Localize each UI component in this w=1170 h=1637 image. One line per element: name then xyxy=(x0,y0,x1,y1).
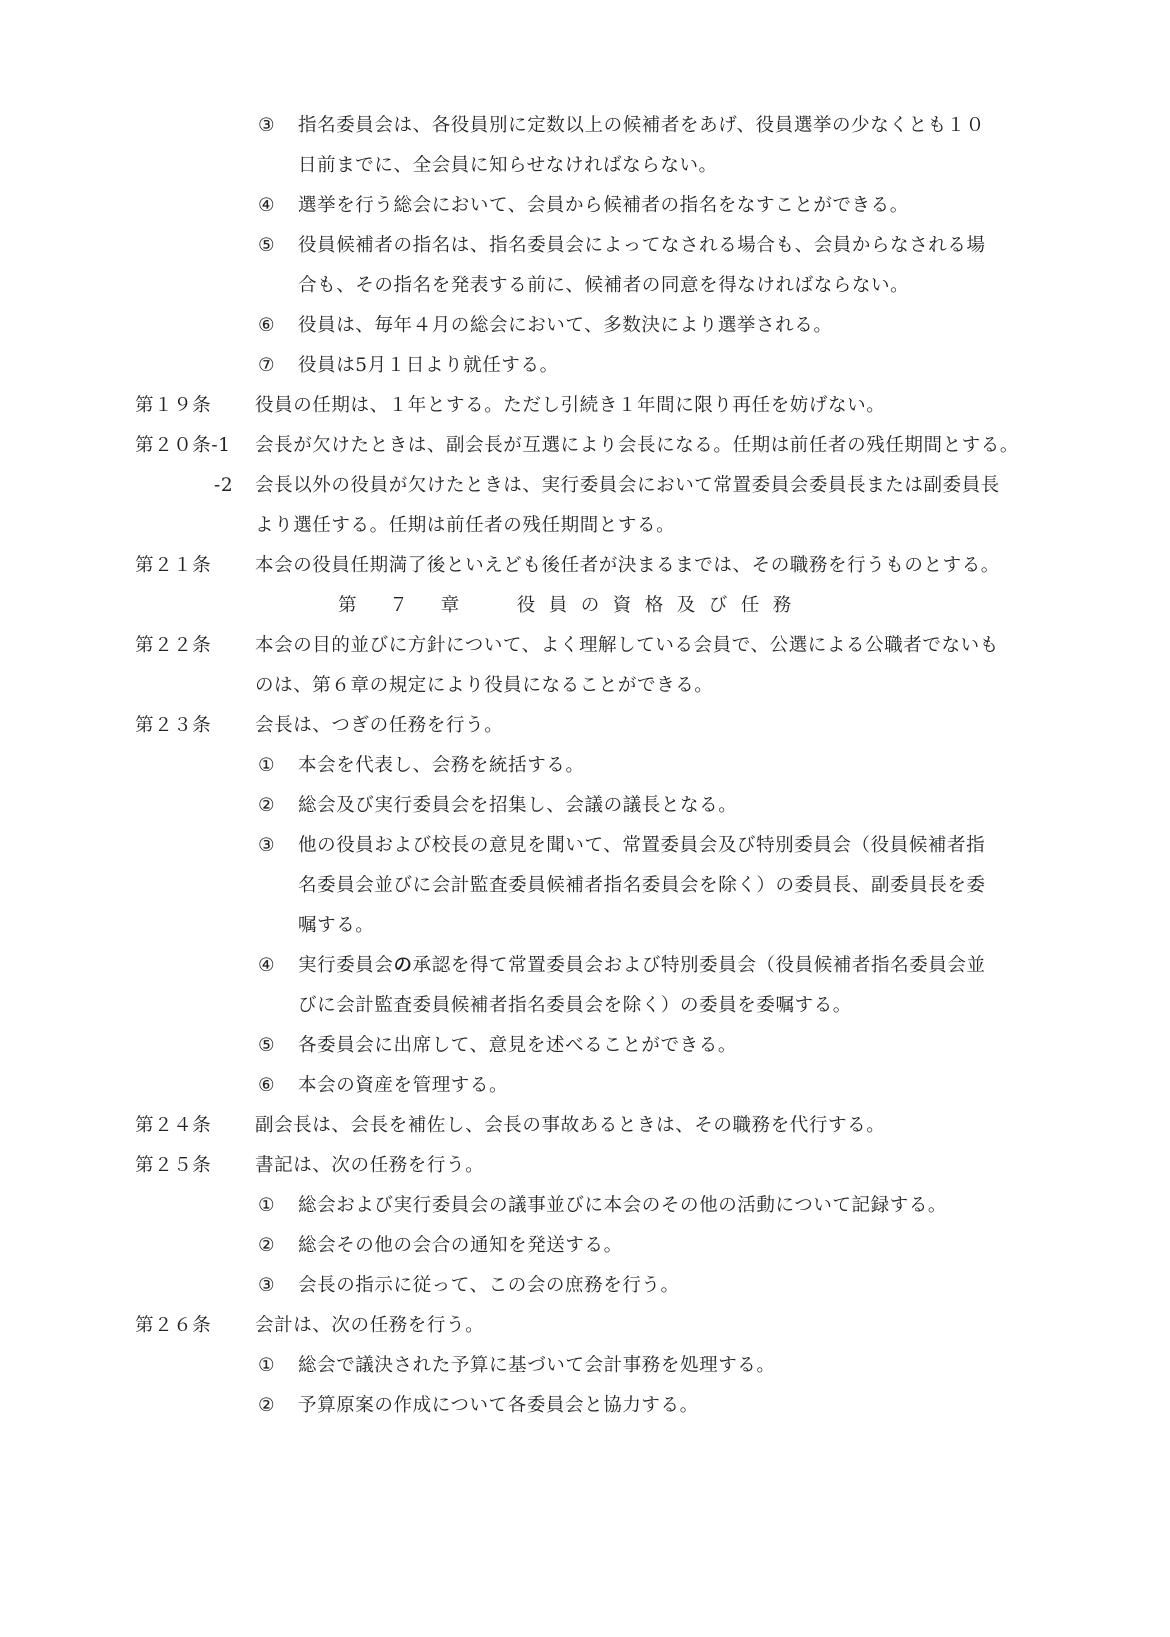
item-number: ③ xyxy=(258,106,275,146)
item-text: 本会の資産を管理する。 xyxy=(298,1066,508,1106)
item-text: 選挙を行う総会において、会員から候補者の指名をなすことができる。 xyxy=(298,186,909,226)
item-number: ⑥ xyxy=(258,306,275,346)
chapter-name: 役員の資格及び任務 xyxy=(517,595,805,616)
item-text: 役員は5月１日より就任する。 xyxy=(298,346,559,386)
item-text: 名委員会並びに会計監査委員候補者指名委員会を除く）の委員長、副委員長を委 xyxy=(298,866,986,906)
item-number: ⑦ xyxy=(258,346,275,386)
article-text: 会計は、次の任務を行う。 xyxy=(255,1306,484,1346)
item-number: ④ xyxy=(258,946,275,986)
article-label: 第１９条 xyxy=(135,386,211,426)
article-text: 本会の目的並びに方針について、よく理解している会員で、公選による公職者でないも xyxy=(255,626,999,666)
item-number: ② xyxy=(258,1386,275,1426)
item-text: びに会計監査委員候補者指名委員会を除く）の委員を委嘱する。 xyxy=(298,986,852,1026)
item-text-part: 承認を得て常置委員会および特別委員会（役員候補者指名委員会並 xyxy=(413,955,986,976)
item-text-part: 実行委員会 xyxy=(298,955,394,976)
chapter-number: 第 ７ 章 xyxy=(338,595,473,616)
item-number: ③ xyxy=(258,1266,275,1306)
bold-particle: の xyxy=(394,955,413,976)
article-text: より選任する。任期は前任者の残任期間とする。 xyxy=(255,506,675,546)
article-label: 第２１条 xyxy=(135,546,211,586)
article-label: 第２３条 xyxy=(135,706,211,746)
item-text: 総会および実行委員会の議事並びに本会のその他の活動について記録する。 xyxy=(298,1186,947,1226)
article-label: 第２５条 xyxy=(135,1146,211,1186)
item-number: ② xyxy=(258,786,275,826)
item-text: 会長の指示に従って、この会の庶務を行う。 xyxy=(298,1266,680,1306)
item-text: 役員候補者の指名は、指名委員会によってなされる場合も、会員からなされる場 xyxy=(298,226,986,266)
item-text: 本会を代表し、会務を統括する。 xyxy=(298,746,585,786)
item-text: 他の役員および校長の意見を聞いて、常置委員会及び特別委員会（役員候補者指 xyxy=(298,826,985,866)
item-text: 指名委員会は、各役員別に定数以上の候補者をあげ、役員選挙の少なくとも１０ xyxy=(298,106,985,146)
article-text: 役員の任期は、１年とする。ただし引続き１年間に限り再任を妨げない。 xyxy=(255,386,885,426)
item-text: 実行委員会の承認を得て常置委員会および特別委員会（役員候補者指名委員会並 xyxy=(298,946,986,986)
article-sub-label: -2 xyxy=(214,466,233,506)
article-label: 第２０条-1 xyxy=(135,426,231,466)
item-number: ② xyxy=(258,1226,275,1266)
item-text: 嘱する。 xyxy=(298,906,374,946)
article-label: 第２４条 xyxy=(135,1106,211,1146)
item-number: ⑤ xyxy=(258,226,275,266)
article-text: 副会長は、会長を補佐し、会長の事故あるときは、その職務を代行する。 xyxy=(255,1106,885,1146)
article-label: 第２２条 xyxy=(135,626,211,666)
article-text: 会長以外の役員が欠けたときは、実行委員会において常置委員会委員長または副委員長 xyxy=(255,466,1000,506)
article-text: 本会の役員任期満了後といえども後任者が決まるまでは、その職務を行うものとする。 xyxy=(255,546,1000,586)
item-text: 役員は、毎年４月の総会において、多数決により選挙される。 xyxy=(298,306,832,346)
item-text: 予算原案の作成について各委員会と協力する。 xyxy=(298,1386,699,1426)
article-text: 会長は、つぎの任務を行う。 xyxy=(255,706,503,746)
article-label: 第２６条 xyxy=(135,1306,211,1346)
item-text: 日前までに、全会員に知らせなければならない。 xyxy=(298,146,718,186)
item-number: ⑥ xyxy=(258,1066,275,1106)
document-page: ③ 指名委員会は、各役員別に定数以上の候補者をあげ、役員選挙の少なくとも１０ 日… xyxy=(0,0,1170,1637)
article-text: のは、第６章の規定により役員になることができる。 xyxy=(255,666,713,706)
item-number: ① xyxy=(258,746,275,786)
item-number: ③ xyxy=(258,826,275,866)
item-number: ⑤ xyxy=(258,1026,275,1066)
article-text: 会長が欠けたときは、副会長が互選により会長になる。任期は前任者の残任期間とする。 xyxy=(255,426,1019,466)
item-text: 総会その他の会合の通知を発送する。 xyxy=(298,1226,623,1266)
article-text: 書記は、次の任務を行う。 xyxy=(255,1146,484,1186)
item-text: 合も、その指名を発表する前に、候補者の同意を得なければならない。 xyxy=(298,266,909,306)
item-text: 総会及び実行委員会を招集し、会議の議長となる。 xyxy=(298,786,737,826)
item-text: 総会で議決された予算に基づいて会計事務を処理する。 xyxy=(298,1346,776,1386)
item-number: ① xyxy=(258,1346,275,1386)
chapter-title: 第 ７ 章役員の資格及び任務 xyxy=(338,586,805,626)
item-number: ④ xyxy=(258,186,275,226)
item-number: ① xyxy=(258,1186,275,1226)
item-text: 各委員会に出席して、意見を述べることができる。 xyxy=(298,1026,737,1066)
